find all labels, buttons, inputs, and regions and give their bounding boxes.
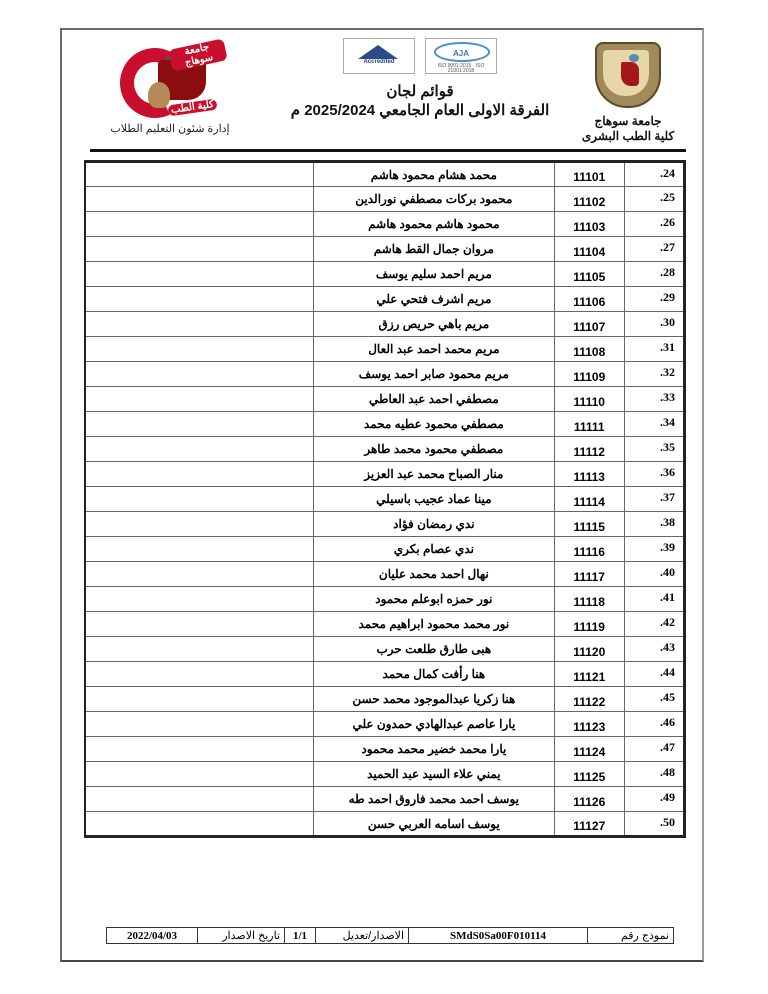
- logo-figure-icon: [148, 82, 170, 108]
- row-number-cell: .49: [624, 787, 684, 812]
- notes-cell: [85, 612, 314, 637]
- seat-number-cell: 11124: [554, 737, 624, 762]
- student-name-cell: يوسف احمد محمد فاروق احمد طه: [314, 787, 555, 812]
- sohag-university-shield-logo: [595, 42, 661, 108]
- row-number-cell: .34: [624, 412, 684, 437]
- seat-number-cell: 11122: [554, 687, 624, 712]
- table-row: نور محمد محمود ابراهيم محمد11119.42: [85, 612, 685, 637]
- table-row: مصطفي احمد عبد العاطي11110.33: [85, 387, 685, 412]
- row-number-cell: .44: [624, 662, 684, 687]
- aja-accreditation-logo: AJA ISO 9001:2015 · ISO 21001:2018: [425, 38, 497, 74]
- row-number-cell: .33: [624, 387, 684, 412]
- form-number-value: SMdS0Sa00F010114: [409, 928, 588, 944]
- notes-cell: [85, 787, 314, 812]
- table-row: مريم اشرف فتحي علي11106.29: [85, 287, 685, 312]
- aja-iso-lines: ISO 9001:2015 · ISO 21001:2018: [426, 64, 496, 74]
- seat-number-cell: 11111: [554, 412, 624, 437]
- table-row: مريم محمد احمد عبد العال11108.31: [85, 337, 685, 362]
- student-name-cell: محمد هشام محمود هاشم: [314, 162, 555, 187]
- issue-date-value: 2022/04/03: [107, 928, 198, 944]
- header-right: جامعة سوهاج كلية الطب البشرى: [568, 38, 688, 144]
- aja-label: AJA: [426, 49, 496, 58]
- header-center: Accredited AJA ISO 9001:2015 · ISO 21001…: [270, 38, 570, 119]
- form-footer: 2022/04/03 تاريخ الاصدار 1/1 الاصدار/تعد…: [106, 927, 674, 944]
- notes-cell: [85, 262, 314, 287]
- student-name-cell: هبى طارق طلعت حرب: [314, 637, 555, 662]
- notes-cell: [85, 587, 314, 612]
- notes-cell: [85, 437, 314, 462]
- notes-cell: [85, 362, 314, 387]
- notes-cell: [85, 637, 314, 662]
- table-row: يوسف احمد محمد فاروق احمد طه11126.49: [85, 787, 685, 812]
- table-row: محمود هاشم محمود هاشم11103.26: [85, 212, 685, 237]
- notes-cell: [85, 387, 314, 412]
- notes-cell: [85, 462, 314, 487]
- accreditation-logos: Accredited AJA ISO 9001:2015 · ISO 21001…: [270, 38, 570, 74]
- row-number-cell: .24: [624, 162, 684, 187]
- table-row: يارا محمد خضير محمد محمود11124.47: [85, 737, 685, 762]
- mountain-icon: [358, 45, 398, 59]
- student-name-cell: ندي عصام بكري: [314, 537, 555, 562]
- student-name-cell: منار الصباح محمد عبد العزيز: [314, 462, 555, 487]
- row-number-cell: .39: [624, 537, 684, 562]
- row-number-cell: .37: [624, 487, 684, 512]
- row-number-cell: .50: [624, 812, 684, 837]
- seat-number-cell: 11125: [554, 762, 624, 787]
- table-row: يوسف اسامه العربي حسن11127.50: [85, 812, 685, 837]
- row-number-cell: .43: [624, 637, 684, 662]
- table-row: نهال احمد محمد عليان11117.40: [85, 562, 685, 587]
- notes-cell: [85, 287, 314, 312]
- notes-cell: [85, 337, 314, 362]
- table-row: هنا زكريا عبدالموجود محمد حسن11122.45: [85, 687, 685, 712]
- table-row: منار الصباح محمد عبد العزيز11113.36: [85, 462, 685, 487]
- seat-number-cell: 11115: [554, 512, 624, 537]
- seat-number-cell: 11101: [554, 162, 624, 187]
- row-number-cell: .27: [624, 237, 684, 262]
- student-name-cell: نور محمد محمود ابراهيم محمد: [314, 612, 555, 637]
- seat-number-cell: 11114: [554, 487, 624, 512]
- student-name-cell: مروان جمال القط هاشم: [314, 237, 555, 262]
- seat-number-cell: 11117: [554, 562, 624, 587]
- student-name-cell: مريم محمد احمد عبد العال: [314, 337, 555, 362]
- row-number-cell: .26: [624, 212, 684, 237]
- table-row: مريم باهي حريص رزق11107.30: [85, 312, 685, 337]
- issue-date-label: تاريخ الاصدار: [198, 928, 285, 944]
- seat-number-cell: 11105: [554, 262, 624, 287]
- row-number-cell: .46: [624, 712, 684, 737]
- notes-cell: [85, 162, 314, 187]
- seat-number-cell: 11126: [554, 787, 624, 812]
- page-subtitle: الفرقة الاولى العام الجامعي 2025/2024 م: [270, 101, 570, 119]
- notes-cell: [85, 187, 314, 212]
- seat-number-cell: 11102: [554, 187, 624, 212]
- student-name-cell: محمود هاشم محمود هاشم: [314, 212, 555, 237]
- seat-number-cell: 11120: [554, 637, 624, 662]
- row-number-cell: .48: [624, 762, 684, 787]
- student-list-table: محمد هشام محمود هاشم11101.24محمود بركات …: [84, 160, 686, 838]
- seat-number-cell: 11127: [554, 812, 624, 837]
- row-number-cell: .28: [624, 262, 684, 287]
- notes-cell: [85, 737, 314, 762]
- student-name-cell: مريم اشرف فتحي علي: [314, 287, 555, 312]
- seat-number-cell: 11110: [554, 387, 624, 412]
- row-number-cell: .45: [624, 687, 684, 712]
- egac-accreditation-logo: Accredited: [343, 38, 415, 74]
- table-row: ندي عصام بكري11116.39: [85, 537, 685, 562]
- student-name-cell: مصطفي محمود محمد طاهر: [314, 437, 555, 462]
- page-title: قوائم لجان: [270, 82, 570, 100]
- form-number-label: نموذج رقم: [588, 928, 674, 944]
- notes-cell: [85, 562, 314, 587]
- row-number-cell: .36: [624, 462, 684, 487]
- row-number-cell: .32: [624, 362, 684, 387]
- faculty-of-medicine-logo: جامعة سوهاج كلية الطب: [114, 42, 226, 116]
- notes-cell: [85, 662, 314, 687]
- seat-number-cell: 11113: [554, 462, 624, 487]
- student-name-cell: نهال احمد محمد عليان: [314, 562, 555, 587]
- egac-label: Accredited: [344, 59, 414, 66]
- student-name-cell: نور حمزه ابوعلم محمود: [314, 587, 555, 612]
- row-number-cell: .40: [624, 562, 684, 587]
- shield-blue-emblem-icon: [629, 54, 639, 62]
- notes-cell: [85, 687, 314, 712]
- notes-cell: [85, 412, 314, 437]
- table-row: مريم محمود صابر احمد يوسف11109.32: [85, 362, 685, 387]
- table-row: محمود بركات مصطفي نورالدين11102.25: [85, 187, 685, 212]
- row-number-cell: .30: [624, 312, 684, 337]
- notes-cell: [85, 237, 314, 262]
- student-name-cell: يارا محمد خضير محمد محمود: [314, 737, 555, 762]
- table-row: مروان جمال القط هاشم11104.27: [85, 237, 685, 262]
- table-row: نور حمزه ابوعلم محمود11118.41: [85, 587, 685, 612]
- table-row: مصطفي محمود محمد طاهر11112.35: [85, 437, 685, 462]
- student-name-cell: هنا زكريا عبدالموجود محمد حسن: [314, 687, 555, 712]
- row-number-cell: .38: [624, 512, 684, 537]
- notes-cell: [85, 487, 314, 512]
- table-body: محمد هشام محمود هاشم11101.24محمود بركات …: [85, 162, 685, 837]
- student-name-cell: مصطفي احمد عبد العاطي: [314, 387, 555, 412]
- notes-cell: [85, 762, 314, 787]
- student-name-cell: مريم باهي حريص رزق: [314, 312, 555, 337]
- seat-number-cell: 11123: [554, 712, 624, 737]
- notes-cell: [85, 512, 314, 537]
- row-number-cell: .29: [624, 287, 684, 312]
- table-row: يمني علاء السيد عبد الحميد11125.48: [85, 762, 685, 787]
- student-name-cell: يارا عاصم عبدالهادي حمدون علي: [314, 712, 555, 737]
- student-name-cell: مصطفي محمود عطيه محمد: [314, 412, 555, 437]
- header-divider: [90, 149, 686, 152]
- student-name-cell: مريم محمود صابر احمد يوسف: [314, 362, 555, 387]
- seat-number-cell: 11119: [554, 612, 624, 637]
- notes-cell: [85, 212, 314, 237]
- row-number-cell: .35: [624, 437, 684, 462]
- table-row: ندي رمضان فؤاد11115.38: [85, 512, 685, 537]
- seat-number-cell: 11108: [554, 337, 624, 362]
- shield-red-emblem-icon: [621, 62, 639, 86]
- header-left: جامعة سوهاج كلية الطب إدارة شئون التعليم…: [95, 38, 245, 135]
- row-number-cell: .41: [624, 587, 684, 612]
- seat-number-cell: 11103: [554, 212, 624, 237]
- seat-number-cell: 11106: [554, 287, 624, 312]
- table-row: يارا عاصم عبدالهادي حمدون علي11123.46: [85, 712, 685, 737]
- notes-cell: [85, 537, 314, 562]
- student-name-cell: يمني علاء السيد عبد الحميد: [314, 762, 555, 787]
- student-name-cell: مريم احمد سليم يوسف: [314, 262, 555, 287]
- revision-label: الاصدار/تعديل: [316, 928, 409, 944]
- table-row: هبى طارق طلعت حرب11120.43: [85, 637, 685, 662]
- notes-cell: [85, 812, 314, 837]
- table-row: محمد هشام محمود هاشم11101.24: [85, 162, 685, 187]
- row-number-cell: .42: [624, 612, 684, 637]
- university-name: جامعة سوهاج: [568, 114, 688, 129]
- student-name-cell: يوسف اسامه العربي حسن: [314, 812, 555, 837]
- department-name: إدارة شئون التعليم الطلاب: [95, 122, 245, 135]
- seat-number-cell: 11104: [554, 237, 624, 262]
- seat-number-cell: 11107: [554, 312, 624, 337]
- notes-cell: [85, 712, 314, 737]
- seat-number-cell: 11118: [554, 587, 624, 612]
- seat-number-cell: 11116: [554, 537, 624, 562]
- seat-number-cell: 11112: [554, 437, 624, 462]
- student-name-cell: هنا رأفت كمال محمد: [314, 662, 555, 687]
- notes-cell: [85, 312, 314, 337]
- student-name-cell: محمود بركات مصطفي نورالدين: [314, 187, 555, 212]
- row-number-cell: .25: [624, 187, 684, 212]
- table-row: مريم احمد سليم يوسف11105.28: [85, 262, 685, 287]
- table-row: مصطفي محمود عطيه محمد11111.34: [85, 412, 685, 437]
- row-number-cell: .47: [624, 737, 684, 762]
- seat-number-cell: 11109: [554, 362, 624, 387]
- row-number-cell: .31: [624, 337, 684, 362]
- revision-value: 1/1: [285, 928, 316, 944]
- student-name-cell: مينا عماد عجيب باسيلي: [314, 487, 555, 512]
- seat-number-cell: 11121: [554, 662, 624, 687]
- table-row: هنا رأفت كمال محمد11121.44: [85, 662, 685, 687]
- faculty-name: كلية الطب البشرى: [568, 129, 688, 144]
- table-row: مينا عماد عجيب باسيلي11114.37: [85, 487, 685, 512]
- student-name-cell: ندي رمضان فؤاد: [314, 512, 555, 537]
